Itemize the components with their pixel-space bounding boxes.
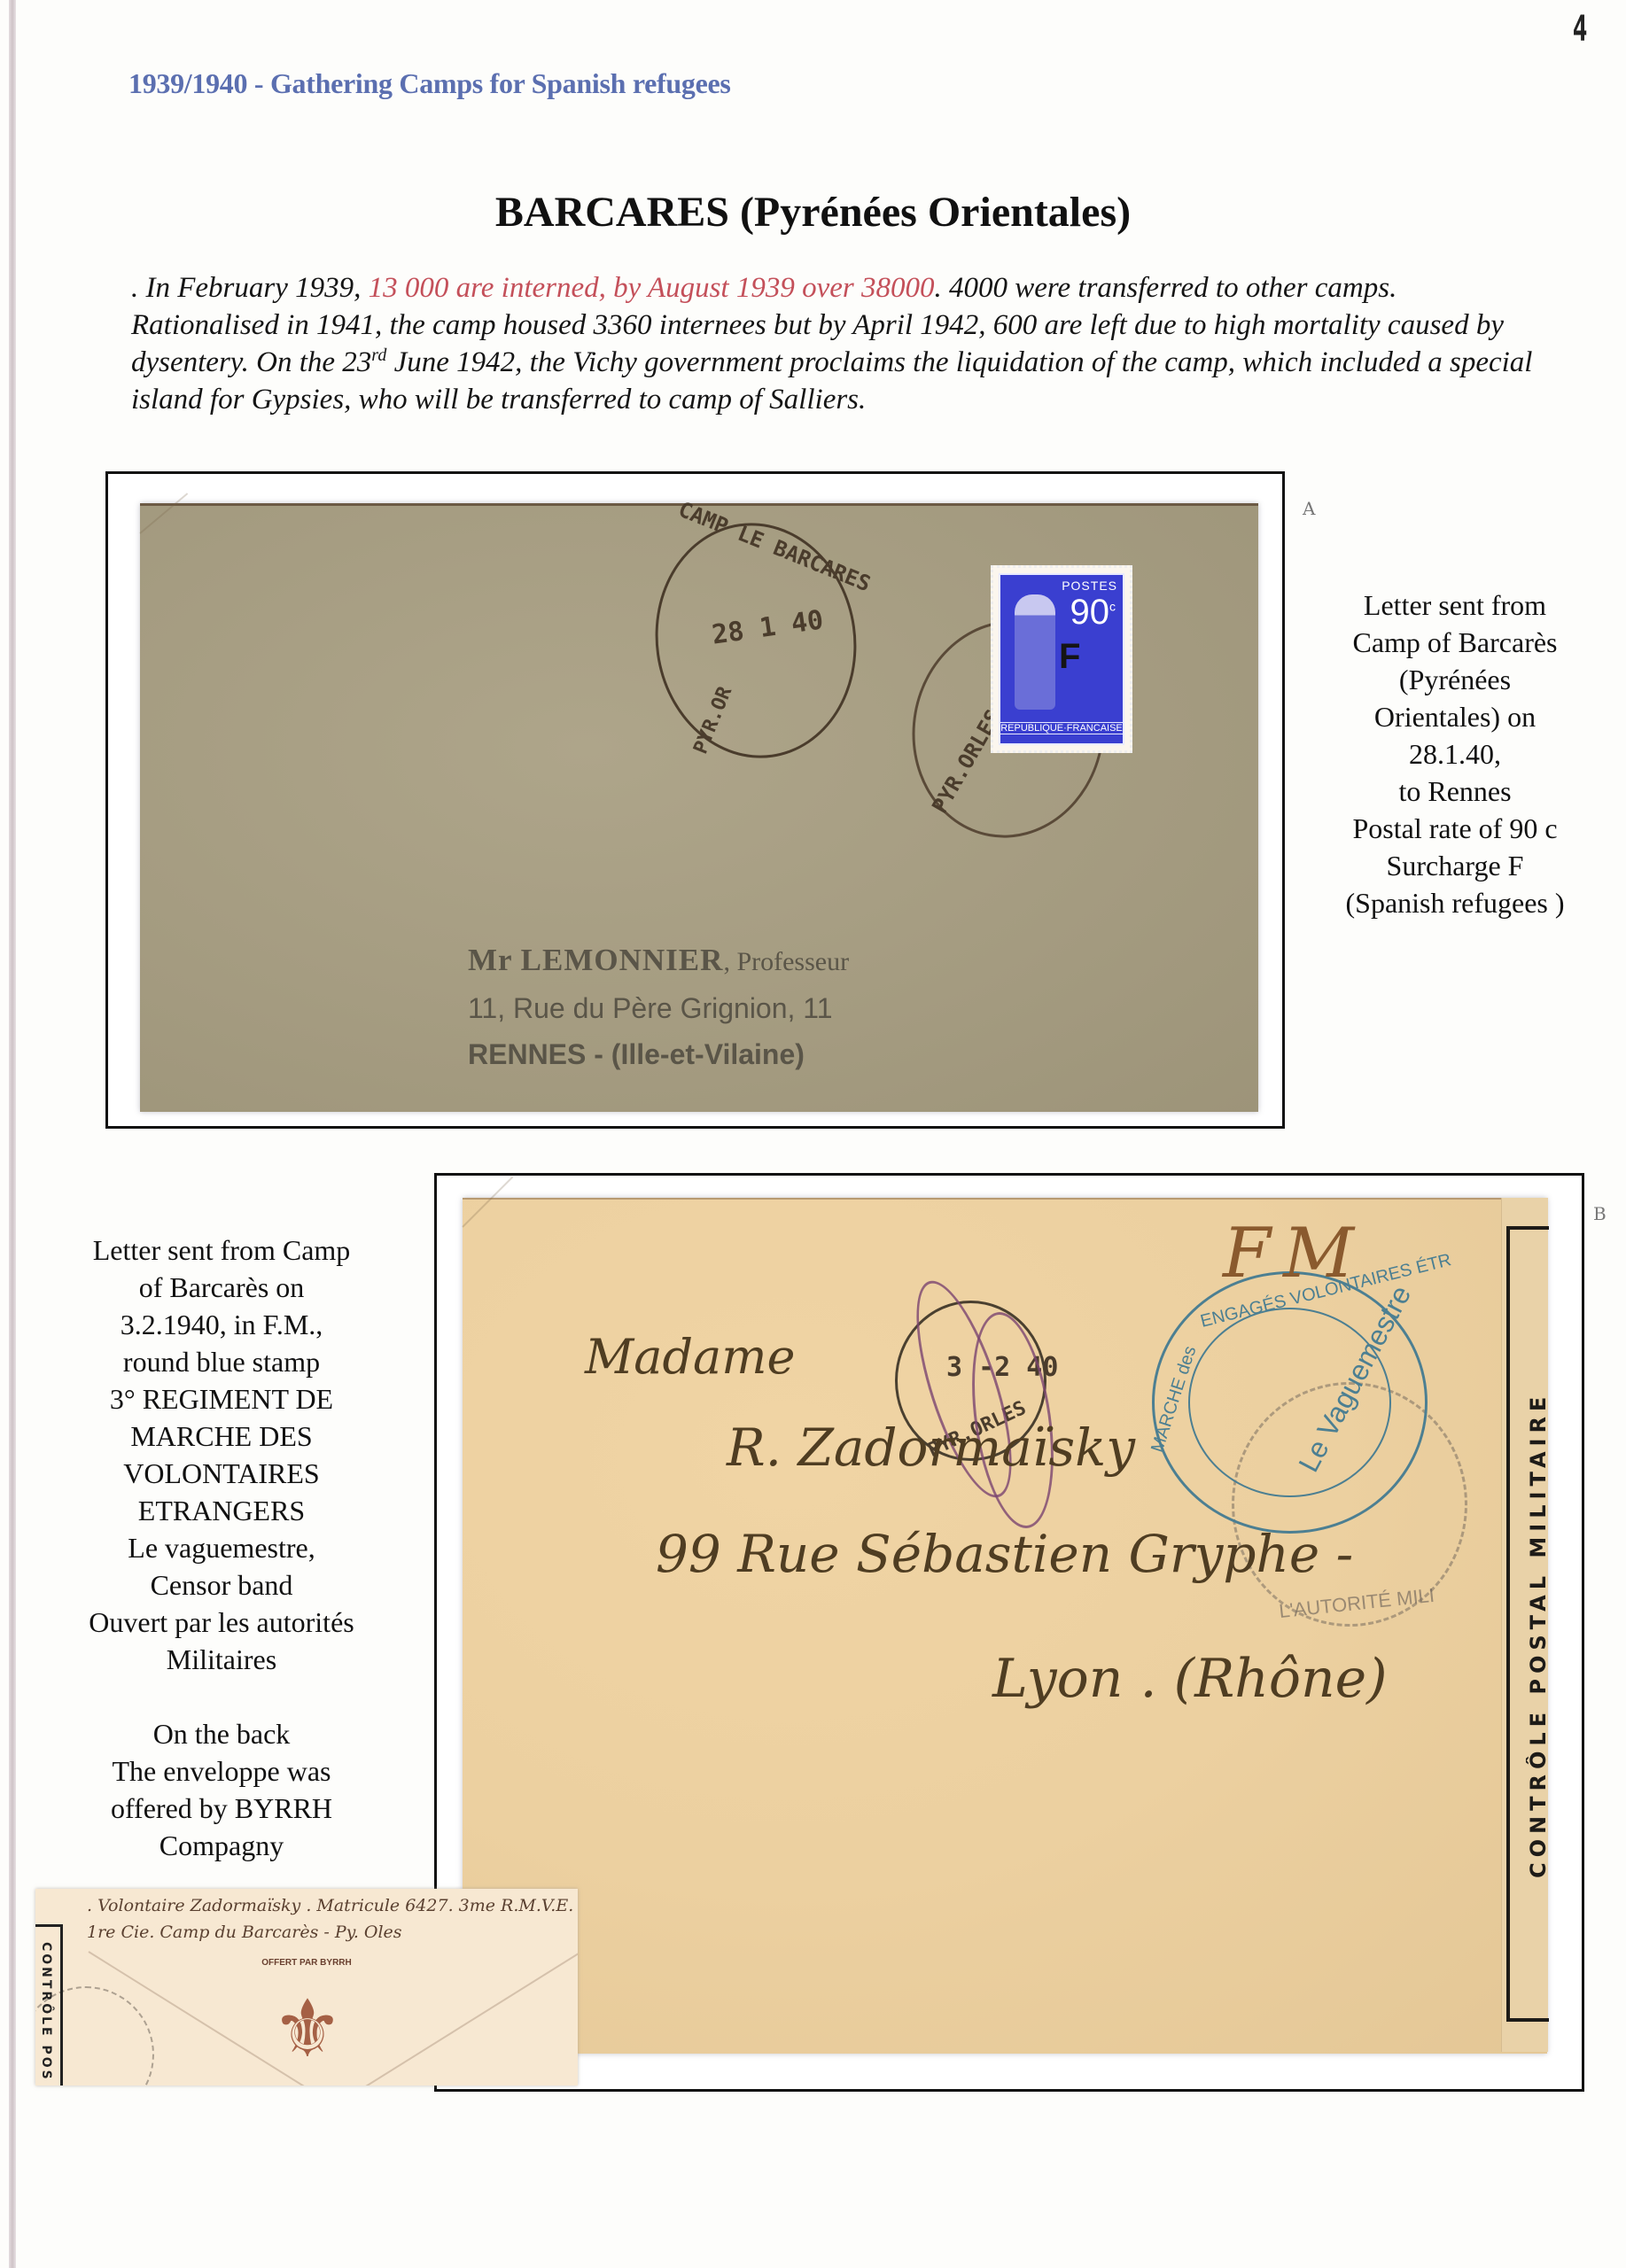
caption-line: offered by BYRRH: [35, 1790, 408, 1827]
address-city: RENNES - (Ille-et-Vilaine): [468, 1031, 849, 1077]
caption-line: Le vaguemestre,: [35, 1529, 408, 1566]
address-street: 11, Rue du Père Grignion, 11: [468, 985, 849, 1031]
offert-par-byrrh: OFFERT PAR BYRRH: [35, 1958, 578, 1968]
caption-line: Ouvert par les autorités: [35, 1604, 408, 1641]
caption-line: Postal rate of 90 c: [1295, 810, 1614, 847]
caption-line: 3.2.1940, in F.M.,: [35, 1306, 408, 1343]
sender-handwriting-line: . Volontaire Zadormaïsky . Matricule 642…: [87, 1896, 573, 1915]
regiment-blue-seal: ENGAGÉS VOLONTAIRES ÉTR MARCHE des Le Va…: [1152, 1271, 1428, 1534]
caption-line: VOLONTAIRES: [35, 1455, 408, 1492]
caption-line: of Barcarès on: [35, 1269, 408, 1306]
stamp-label: POSTES: [1062, 579, 1117, 593]
page-title: BARCARES (Pyrénées Orientales): [0, 188, 1626, 237]
sender-handwriting-line: 1re Cie. Camp du Barcarès - Py. Oles: [87, 1922, 402, 1942]
header-title: 1939/1940 - Gathering Camps for Spanish …: [128, 67, 731, 100]
cover-a-caption: Letter sent fromCamp of Barcarès(Pyrénée…: [1295, 586, 1614, 921]
caption-line: Letter sent from Camp: [35, 1231, 408, 1269]
scan-edge: [9, 0, 16, 2268]
caption-line: [35, 1678, 408, 1715]
postage-stamp-90c: POSTES 90c F REPUBLIQUE·FRANCAISE: [991, 565, 1132, 753]
censor-band-text: CONTRÔLE POSTAL MILITAIRE: [1526, 1258, 1552, 1878]
page-number: 4: [1573, 9, 1588, 50]
caption-line: (Spanish refugees ): [1295, 884, 1614, 921]
stamp-overprint: F: [1059, 637, 1080, 677]
peace-figure-icon: [1015, 594, 1055, 710]
caption-line: Letter sent from: [1295, 586, 1614, 624]
intro-highlight: 13 000 are interned, by August 1939 over…: [369, 272, 935, 304]
handwritten-address-line: Lyon . (Rhône): [992, 1648, 1388, 1710]
handwritten-address-line: Madame: [585, 1329, 795, 1385]
caption-line: 3° REGIMENT DE: [35, 1380, 408, 1417]
caption-line: ETRANGERS: [35, 1492, 408, 1529]
cover-b-back-inset: CONTRÔLE POS . Volontaire Zadormaïsky . …: [35, 1889, 578, 2085]
caption-line: Surcharge F: [1295, 847, 1614, 884]
handwritten-address-line: R. Zadormaïsky: [727, 1417, 1135, 1478]
caption-line: The enveloppe was: [35, 1752, 408, 1790]
postmark-date: 28 1 40: [710, 604, 825, 650]
cover-b-caption: Letter sent from Campof Barcarès on3.2.1…: [35, 1231, 408, 1864]
addressee-name: Mr LEMONNIER: [468, 943, 723, 977]
caption-line: Orientales) on: [1295, 698, 1614, 735]
addressee-title: , Professeur: [723, 947, 849, 976]
handwritten-address-line: 99 Rue Sébastien Gryphe -: [656, 1524, 1353, 1584]
military-emblem-icon: ⚜: [259, 1977, 356, 2084]
caption-line: MARCHE DES: [35, 1417, 408, 1455]
handwritten-fm: FM: [1223, 1214, 1366, 1293]
flap-line: [354, 1952, 578, 2085]
caption-line: On the back: [35, 1715, 408, 1752]
cover-b-marker: B: [1593, 1203, 1607, 1224]
caption-line: (Pyrénées: [1295, 661, 1614, 698]
caption-line: Compagny: [35, 1827, 408, 1864]
caption-line: to Rennes: [1295, 773, 1614, 810]
caption-line: 28.1.40,: [1295, 735, 1614, 773]
caption-line: Camp of Barcarès: [1295, 624, 1614, 661]
intro-prefix: . In February 1939,: [131, 272, 369, 304]
stamp-footer: REPUBLIQUE·FRANCAISE: [1000, 722, 1123, 734]
intro-paragraph: . In February 1939, 13 000 are interned,…: [131, 269, 1549, 418]
caption-line: Censor band: [35, 1566, 408, 1604]
cover-a-address: Mr LEMONNIER, Professeur 11, Rue du Père…: [468, 937, 849, 1077]
postmark-bottom-text: PYR.OR: [689, 684, 736, 757]
caption-line: Militaires: [35, 1641, 408, 1678]
intro-sup: rd: [371, 346, 386, 365]
stamp-value: 90c: [1070, 593, 1116, 633]
cover-a-marker: A: [1303, 498, 1315, 519]
caption-line: round blue stamp: [35, 1343, 408, 1380]
